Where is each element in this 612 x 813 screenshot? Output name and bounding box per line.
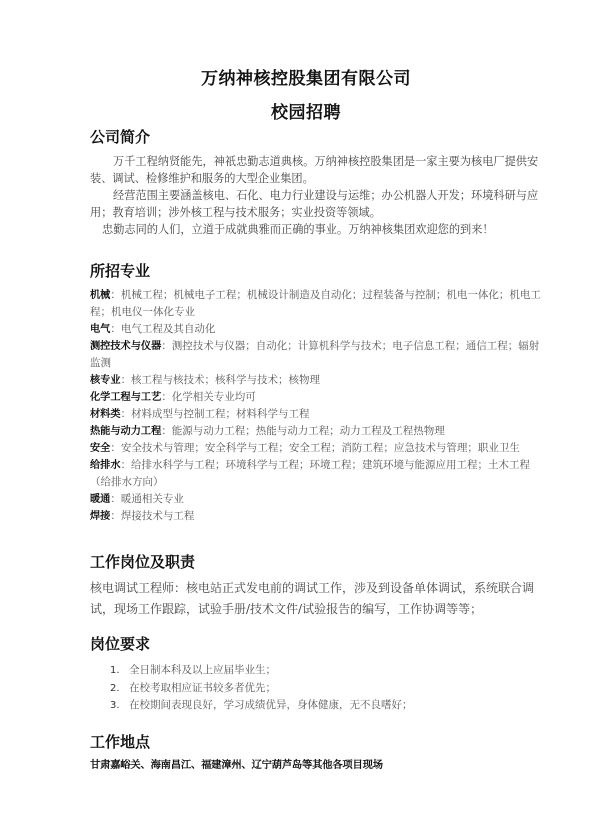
major-row-safety: 安全：安全技术与管理；安全科学与工程；安全工程；消防工程；应急技术与管理；职业卫… [90, 440, 542, 457]
major-category: 安全 [90, 443, 110, 454]
major-category: 测控技术与仪器 [90, 341, 161, 352]
major-row-mechanical: 机械：机械工程；机械电子工程；机械设计制造及自动化；过程装备与控制；机电一体化；… [90, 287, 542, 321]
major-category: 热能与动力工程 [90, 426, 161, 437]
major-category: 电气 [90, 324, 110, 335]
major-detail: ：给排水科学与工程；环境科学与工程；环境工程；建筑环境与能源应用工程；土木工程（… [90, 459, 530, 488]
major-detail: ：化学相关专业均可 [161, 391, 256, 403]
major-category: 暖通 [90, 494, 110, 505]
duties-text: 核电调试工程师：核电站正式发电前的调试工作，涉及到设备单体调试，系统联合调试，现… [90, 578, 540, 620]
major-category: 化学工程与工艺 [90, 392, 161, 403]
requirement-text: 在校考取相应证书较多者优先； [129, 680, 276, 698]
document-title: 万纳神核控股集团有限公司 [0, 64, 612, 89]
major-detail: ：安全技术与管理；安全科学与工程；安全工程；消防工程；应急技术与管理；职业卫生 [110, 442, 520, 454]
major-row-nuclear: 核专业：核工程与核技术；核科学与技术；核物理 [90, 372, 542, 389]
requirement-text: 在校期间表现良好，学习成绩优异，身体健康，无不良嗜好； [129, 697, 413, 715]
major-row-instrumentation: 测控技术与仪器：测控技术与仪器；自动化；计算机科学与技术；电子信息工程；通信工程… [90, 338, 542, 372]
intro-paragraph-3: 忠勤志同的人们，立道于成就典雅而正确的事业。万纳神核集团欢迎您的到来！ [90, 221, 540, 238]
requirement-item: 2.在校考取相应证书较多者优先； [110, 680, 530, 698]
intro-paragraph-2: 经营范围主要涵盖核电、石化、电力行业建设与运维；办公机器人开发；环境科研与应用；… [90, 187, 540, 221]
majors-list: 机械：机械工程；机械电子工程；机械设计制造及自动化；过程装备与控制；机电一体化；… [90, 287, 542, 525]
requirement-item: 3.在校期间表现良好，学习成绩优异，身体健康，无不良嗜好； [110, 697, 530, 715]
major-row-electrical: 电气：电气工程及其自动化 [90, 321, 542, 338]
major-detail: ：能源与动力工程；热能与动力工程；动力工程及工程热物理 [161, 425, 445, 437]
major-detail: ：焊接技术与工程 [110, 510, 194, 522]
major-detail: ：核工程与核技术；核科学与技术；核物理 [121, 374, 321, 386]
major-detail: ：材料成型与控制工程；材料科学与工程 [121, 408, 310, 420]
section-heading-location: 工作地点 [90, 731, 150, 752]
section-heading-requirements: 岗位要求 [90, 633, 150, 654]
major-row-thermal: 热能与动力工程：能源与动力工程；热能与动力工程；动力工程及工程热物理 [90, 423, 542, 440]
requirement-item: 1.全日制本科及以上应届毕业生； [110, 662, 530, 680]
major-category: 核专业 [90, 375, 121, 386]
document-subtitle: 校园招聘 [0, 98, 612, 123]
major-category: 给排水 [90, 460, 121, 471]
requirements-list: 1.全日制本科及以上应届毕业生； 2.在校考取相应证书较多者优先； 3.在校期间… [110, 662, 530, 715]
section-heading-duties: 工作岗位及职责 [90, 551, 195, 572]
section-heading-intro: 公司简介 [90, 126, 150, 147]
intro-paragraph-1: 万千工程纳贤能先，神祇忠勤志道典核。万纳神核控股集团是一家主要为核电厂提供安装、… [90, 153, 540, 187]
location-text: 甘肃嘉峪关、海南昌江、福建漳州、辽宁葫芦岛等其他各项目现场 [90, 756, 383, 771]
major-category: 焊接 [90, 511, 110, 522]
major-row-hvac: 暖通：暖通相关专业 [90, 491, 542, 508]
requirement-number: 1. [110, 662, 129, 680]
major-row-materials: 材料类：材料成型与控制工程；材料科学与工程 [90, 406, 542, 423]
major-row-welding: 焊接：焊接技术与工程 [90, 508, 542, 525]
document-page: 万纳神核控股集团有限公司 校园招聘 公司简介 万千工程纳贤能先，神祇忠勤志道典核… [0, 0, 612, 813]
requirement-number: 3. [110, 697, 129, 715]
major-category: 机械 [90, 290, 110, 301]
requirement-number: 2. [110, 680, 129, 698]
major-category: 材料类 [90, 409, 121, 420]
section-heading-majors: 所招专业 [90, 260, 150, 281]
major-detail: ：电气工程及其自动化 [110, 323, 215, 335]
major-detail: ：机械工程；机械电子工程；机械设计制造及自动化；过程装备与控制；机电一体化；机电… [90, 289, 541, 318]
requirement-text: 全日制本科及以上应届毕业生； [129, 662, 276, 680]
major-row-water: 给排水：给排水科学与工程；环境科学与工程；环境工程；建筑环境与能源应用工程；土木… [90, 457, 542, 491]
major-row-chemical: 化学工程与工艺：化学相关专业均可 [90, 389, 542, 406]
major-detail: ：暖通相关专业 [110, 493, 184, 505]
